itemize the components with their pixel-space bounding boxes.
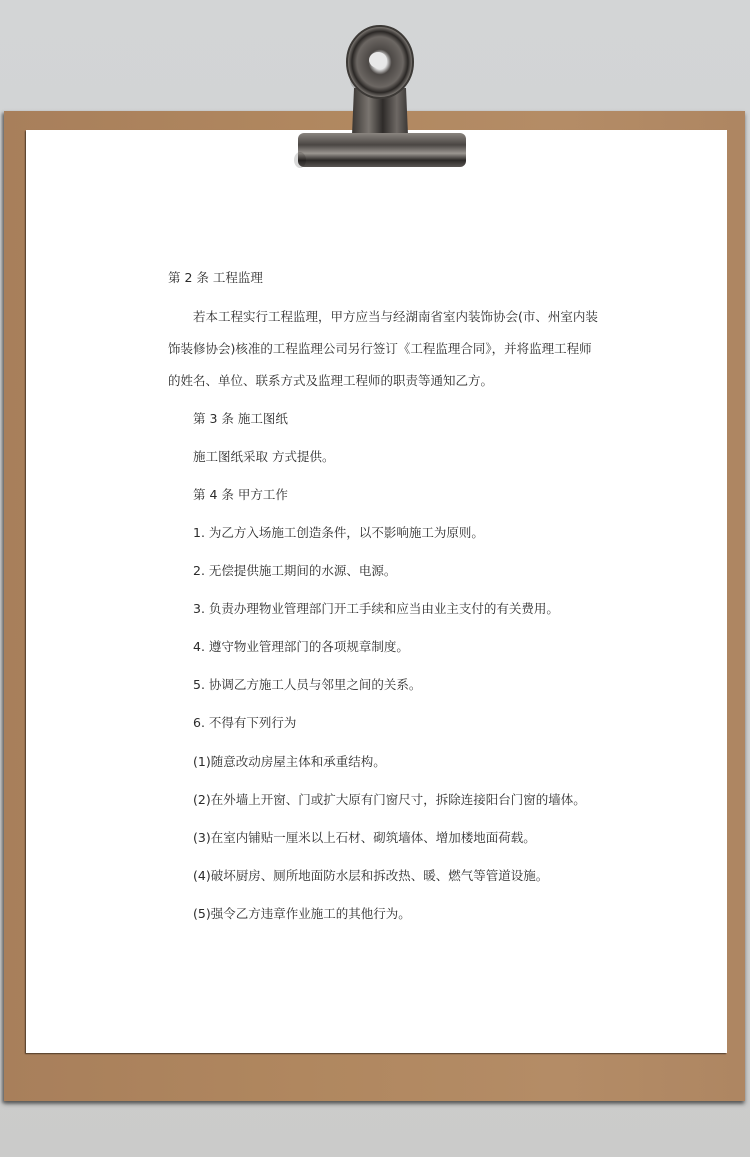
list-item: 2. 无偿提供施工期间的水源、电源。 — [193, 561, 396, 579]
paragraph-line: 的姓名、单位、联系方式及监理工程师的职责等通知乙方。 — [168, 371, 493, 389]
section-heading: 第 2 条 工程监理 — [168, 268, 263, 286]
list-item: 3. 负责办理物业管理部门开工手续和应当由业主支付的有关费用。 — [193, 599, 559, 617]
sub-list-item: (3)在室内铺贴一厘米以上石材、砌筑墙体、增加楼地面荷载。 — [193, 828, 536, 846]
sub-list-item: (4)破坏厨房、厕所地面防水层和拆改热、暖、燃气等管道设施。 — [193, 866, 548, 884]
list-item: 6. 不得有下列行为 — [193, 713, 296, 731]
paragraph-line: 施工图纸采取 方式提供。 — [193, 447, 334, 465]
section-heading: 第 4 条 甲方工作 — [193, 485, 288, 503]
list-item: 4. 遵守物业管理部门的各项规章制度。 — [193, 637, 409, 655]
list-item: 1. 为乙方入场施工创造条件，以不影响施工为原则。 — [193, 523, 484, 541]
sub-list-item: (5)强令乙方违章作业施工的其他行为。 — [193, 904, 411, 922]
section-heading: 第 3 条 施工图纸 — [193, 409, 288, 427]
list-item: 5. 协调乙方施工人员与邻里之间的关系。 — [193, 675, 421, 693]
paragraph-line: 饰装修协会)核准的工程监理公司另行签订《工程监理合同》，并将监理工程师 — [168, 339, 592, 357]
paragraph-line: 若本工程实行工程监理，甲方应当与经湖南省室内装饰协会(市、州室内装 — [193, 307, 598, 325]
sub-list-item: (1)随意改动房屋主体和承重结构。 — [193, 752, 386, 770]
sub-list-item: (2)在外墙上开窗、门或扩大原有门窗尺寸，拆除连接阳台门窗的墙体。 — [193, 790, 586, 808]
